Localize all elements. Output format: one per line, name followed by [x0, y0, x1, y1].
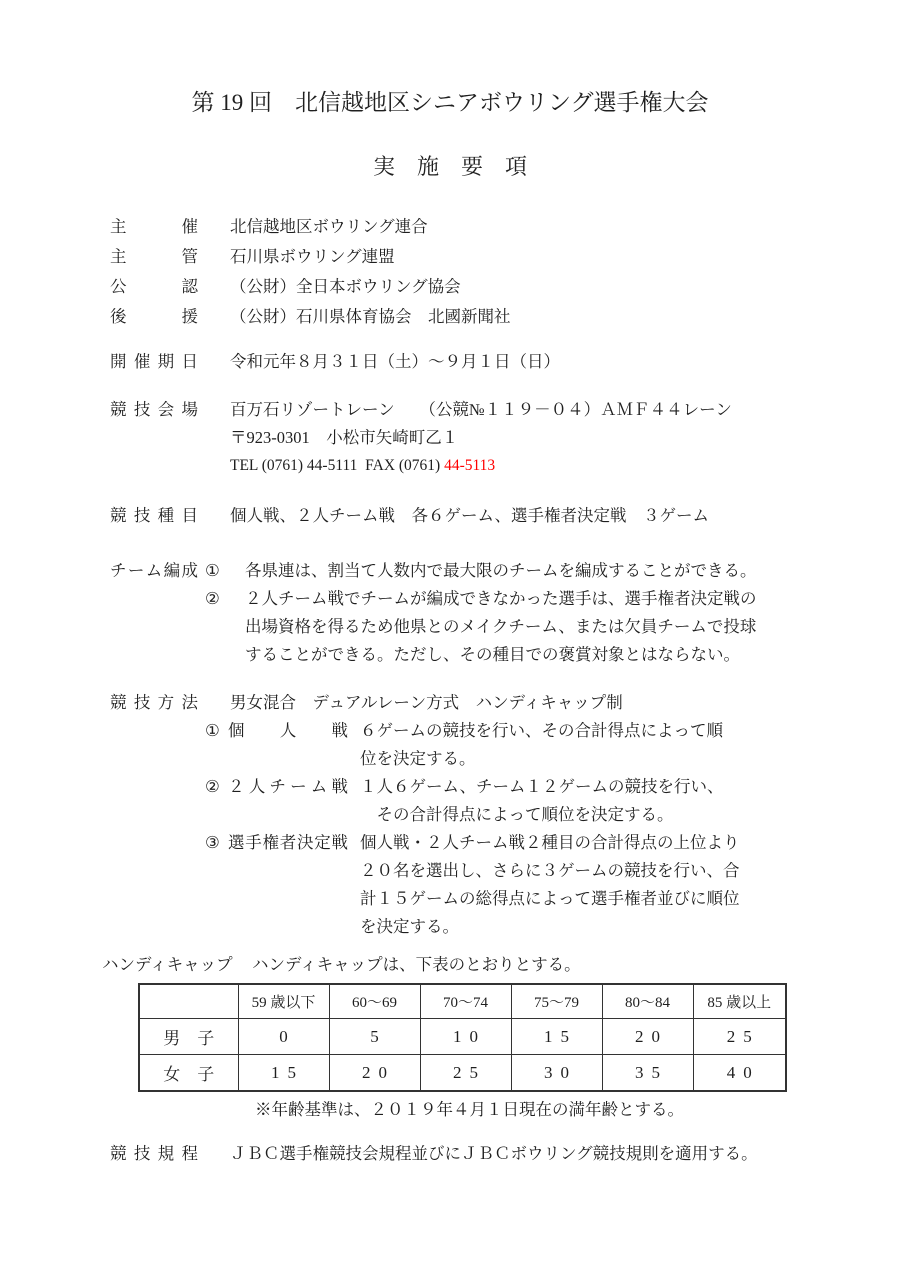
header-cell-age: 59 歳以下	[238, 984, 329, 1019]
handicap-value: 20	[329, 1055, 420, 1092]
organizer-row-support: 後援 （公財）石川県体育協会 北國新聞社	[0, 302, 900, 332]
venue-tel-line: TEL (0761) 44-5111 FAX (0761) 44-5113	[230, 452, 900, 480]
row-name: 女 子	[139, 1055, 238, 1092]
rules-section: 競技規程 ＪＢＣ選手権競技会規程並びにＪＢＣボウリング競技規則を適用する。	[0, 1140, 900, 1168]
handicap-table-header-row: 59 歳以下 60～69 70～74 75～79 80～84 85 歳以上	[139, 984, 786, 1019]
handicap-label: ハンディキャップ	[102, 951, 242, 979]
item-text: ２人チーム戦でチームが編成できなかった選手は、選手権者決定戦の 出場資格を得るた…	[245, 585, 757, 669]
handicap-value: 25	[693, 1019, 786, 1055]
method-item-doubles: ② ２人チーム戦 １人６ゲーム、チーム１２ゲームの競技を行い、 その合計得点によ…	[0, 773, 900, 829]
venue-name-line: 百万石リゾートレーン （公競№１１９－０４）ＡＭＦ４４レーン	[230, 396, 900, 424]
organizers-section: 主催 北信越地区ボウリング連合 主管 石川県ボウリング連盟 公認 （公財）全日本…	[0, 212, 900, 332]
method-item-final: ③ 選手権者決定戦 個人戦・２人チーム戦２種目の合計得点の上位より ２０名を選出…	[0, 829, 900, 941]
organizer-row-host: 主催 北信越地区ボウリング連合	[0, 212, 900, 242]
item-number: ②	[205, 585, 228, 669]
team-formation-item-2: ② ２人チーム戦でチームが編成できなかった選手は、選手権者決定戦の 出場資格を得…	[0, 585, 900, 669]
document-subtitle: 実 施 要 項	[0, 152, 900, 182]
events-label: 競技種目	[110, 502, 198, 530]
handicap-value: 10	[420, 1019, 511, 1055]
venue-section: 競技会場 百万石リゾートレーン （公競№１１９－０４）ＡＭＦ４４レーン 〒923…	[0, 396, 900, 480]
schedule-value: 令和元年８月３１日（土）～９月１日（日）	[230, 348, 900, 376]
item-number: ③	[205, 829, 228, 941]
header-cell-age: 80～84	[602, 984, 693, 1019]
handicap-value: 15	[511, 1019, 602, 1055]
organizer-label: 公認	[110, 272, 198, 302]
event-name: 選手権者決定戦	[228, 829, 348, 941]
handicap-age-note: ※年齢基準は、２０１９年４月１日現在の満年齢とする。	[255, 1096, 900, 1124]
events-section: 競技種目 個人戦、２人チーム戦 各６ゲーム、選手権者決定戦 ３ゲーム	[0, 502, 900, 530]
team-formation-section: チーム編成 ① 各県連は、割当て人数内で最大限のチームを編成することができる。 …	[0, 557, 900, 669]
venue-tel-fax-text: TEL (0761) 44-5111 FAX (0761)	[230, 457, 444, 474]
team-formation-label: チーム編成	[110, 557, 198, 585]
handicap-value: 35	[602, 1055, 693, 1092]
event-name: 個人戦	[228, 717, 348, 773]
organizer-row-manager: 主管 石川県ボウリング連盟	[0, 242, 900, 272]
event-description: ６ゲームの競技を行い、その合計得点によって順 位を決定する。	[360, 717, 723, 773]
header-cell-age: 70～74	[420, 984, 511, 1019]
item-text: 各県連は、割当て人数内で最大限のチームを編成することができる。	[245, 557, 757, 585]
events-value: 個人戦、２人チーム戦 各６ゲーム、選手権者決定戦 ３ゲーム	[230, 502, 900, 530]
event-name: ２人チーム戦	[228, 773, 348, 829]
header-cell-empty	[139, 984, 238, 1019]
method-label: 競技方法	[110, 689, 198, 717]
method-section: 競技方法 男女混合 デュアルレーン方式 ハンディキャップ制 ① 個人戦 ６ゲーム…	[0, 689, 900, 941]
item-number: ①	[205, 557, 228, 585]
venue-label: 競技会場	[110, 396, 198, 424]
header-cell-age: 60～69	[329, 984, 420, 1019]
handicap-table: 59 歳以下 60～69 70～74 75～79 80～84 85 歳以上 男 …	[138, 983, 787, 1092]
organizer-label: 後援	[110, 302, 198, 332]
method-intro: 男女混合 デュアルレーン方式 ハンディキャップ制	[230, 689, 900, 717]
organizer-value: （公財）石川県体育協会 北國新聞社	[230, 302, 900, 332]
rules-value: ＪＢＣ選手権競技会規程並びにＪＢＣボウリング競技規則を適用する。	[230, 1140, 900, 1168]
rules-label: 競技規程	[110, 1140, 198, 1168]
handicap-table-row-men: 男 子 0 5 10 15 20 25	[139, 1019, 786, 1055]
venue-address-line: 〒923-0301 小松市矢崎町乙１	[230, 424, 900, 452]
handicap-table-row-women: 女 子 15 20 25 30 35 40	[139, 1055, 786, 1092]
venue-fax-number: 44-5113	[444, 457, 495, 474]
document-title: 第 19 回 北信越地区シニアボウリング選手権大会	[0, 86, 900, 120]
row-name: 男 子	[139, 1019, 238, 1055]
item-number: ②	[205, 773, 228, 829]
header-cell-age: 75～79	[511, 984, 602, 1019]
event-description: １人６ゲーム、チーム１２ゲームの競技を行い、 その合計得点によって順位を決定する…	[360, 773, 724, 829]
organizer-value: 石川県ボウリング連盟	[230, 242, 900, 272]
handicap-value: 0	[238, 1019, 329, 1055]
item-number: ①	[205, 717, 228, 773]
event-description: 個人戦・２人チーム戦２種目の合計得点の上位より ２０名を選出し、さらに３ゲームの…	[360, 829, 740, 941]
handicap-value: 5	[329, 1019, 420, 1055]
organizer-row-sanction: 公認 （公財）全日本ボウリング協会	[0, 272, 900, 302]
header-cell-age: 85 歳以上	[693, 984, 786, 1019]
organizer-label: 主催	[110, 212, 198, 242]
handicap-intro: ハンディキャップは、下表のとおりとする。	[252, 951, 900, 979]
organizer-label: 主管	[110, 242, 198, 272]
handicap-value: 25	[420, 1055, 511, 1092]
document-page: 第 19 回 北信越地区シニアボウリング選手権大会 実 施 要 項 主催 北信越…	[0, 0, 900, 1273]
organizer-value: （公財）全日本ボウリング協会	[230, 272, 900, 302]
organizer-value: 北信越地区ボウリング連合	[230, 212, 900, 242]
handicap-value: 15	[238, 1055, 329, 1092]
handicap-value: 40	[693, 1055, 786, 1092]
schedule-label: 開催期日	[110, 348, 198, 376]
method-item-singles: ① 個人戦 ６ゲームの競技を行い、その合計得点によって順 位を決定する。	[0, 717, 900, 773]
handicap-section: ハンディキャップ ハンディキャップは、下表のとおりとする。	[0, 951, 900, 979]
schedule-section: 開催期日 令和元年８月３１日（土）～９月１日（日）	[0, 348, 900, 376]
handicap-value: 30	[511, 1055, 602, 1092]
handicap-value: 20	[602, 1019, 693, 1055]
